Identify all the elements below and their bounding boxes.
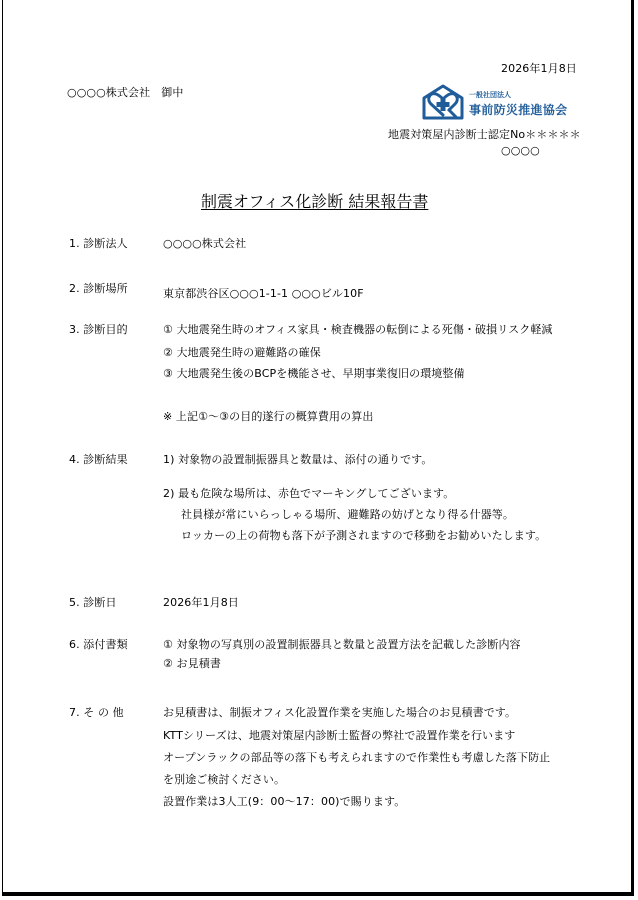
section-line: 2) 最も危険な場所は、赤色でマーキングしてございます。 — [163, 487, 454, 501]
addressee: ○○○○株式会社 御中 — [67, 86, 184, 100]
section-label: 6. 添付書類 — [69, 638, 128, 652]
section-line: 社員様が常にいらっしゃる場所、避難路の妨げとなり得る什器等。 — [181, 508, 514, 522]
logo-subtitle: 一般社団法人 — [469, 90, 511, 100]
heart-cross-house-icon — [421, 84, 465, 120]
document-page: 2026年1月8日 ○○○○株式会社 御中 一般社団法人 事前防災推進協会 地震… — [2, 0, 634, 896]
section-line: ○○○○株式会社 — [163, 237, 246, 251]
section-line: ② 大地震発生時の避難路の確保 — [163, 346, 321, 360]
section-line: ③ 大地震発生後のBCPを機能させ、早期事業復旧の環境整備 — [163, 367, 465, 381]
section-line: ※ 上記①～③の目的遂行の概算費用の算出 — [163, 410, 373, 424]
section-line: ① 大地震発生時のオフィス家具・検査機器の転倒による死傷・破損リスク軽減 — [163, 323, 553, 337]
section-line: 2026年1月8日 — [163, 596, 239, 610]
section-line: ① 対象物の写真別の設置制振器具と数量と設置方法を記載した診断内容 — [163, 638, 521, 652]
section-line: ロッカーの上の荷物も落下が予測されますので移動をお勧めいたします。 — [181, 529, 546, 543]
certification-number: 地震対策屋内診断士認定No＊＊＊＊＊ — [388, 128, 581, 142]
section-label: 3. 診断目的 — [69, 323, 128, 337]
section-line: KTTシリーズは、地震対策屋内診断士監督の弊社で設置作業を行います — [163, 729, 515, 743]
section-line: 設置作業は3人工(9：00～17：00)で賜ります。 — [163, 795, 405, 809]
section-line: ② お見積書 — [163, 657, 221, 671]
section-label: 4. 診断結果 — [69, 453, 128, 467]
section-label: 2. 診断場所 — [69, 282, 128, 296]
section-label: 7. そ の 他 — [69, 706, 124, 720]
page-title: 制震オフィス化診断 結果報告書 — [201, 192, 428, 212]
inspector-name: ○○○○ — [501, 144, 540, 158]
section-label: 5. 診断日 — [69, 596, 117, 610]
organization-logo: 一般社団法人 事前防災推進協会 — [421, 84, 569, 120]
section-line: オープンラックの部品等の落下も考えられますので作業性も考慮した落下防止 — [163, 751, 550, 765]
report-date: 2026年1月8日 — [501, 62, 577, 76]
section-line: 1) 対象物の設置制振器具と数量は、添付の通りです。 — [163, 453, 433, 467]
logo-org-name: 事前防災推進協会 — [469, 101, 567, 118]
section-line: を別途ご検討ください。 — [163, 773, 285, 787]
section-line: 東京都渋谷区○○○1-1-1 ○○○ビル10F — [163, 287, 364, 301]
section-label: 1. 診断法人 — [69, 237, 128, 251]
section-line: お見積書は、制振オフィス化設置作業を実施した場合のお見積書です。 — [163, 706, 516, 720]
